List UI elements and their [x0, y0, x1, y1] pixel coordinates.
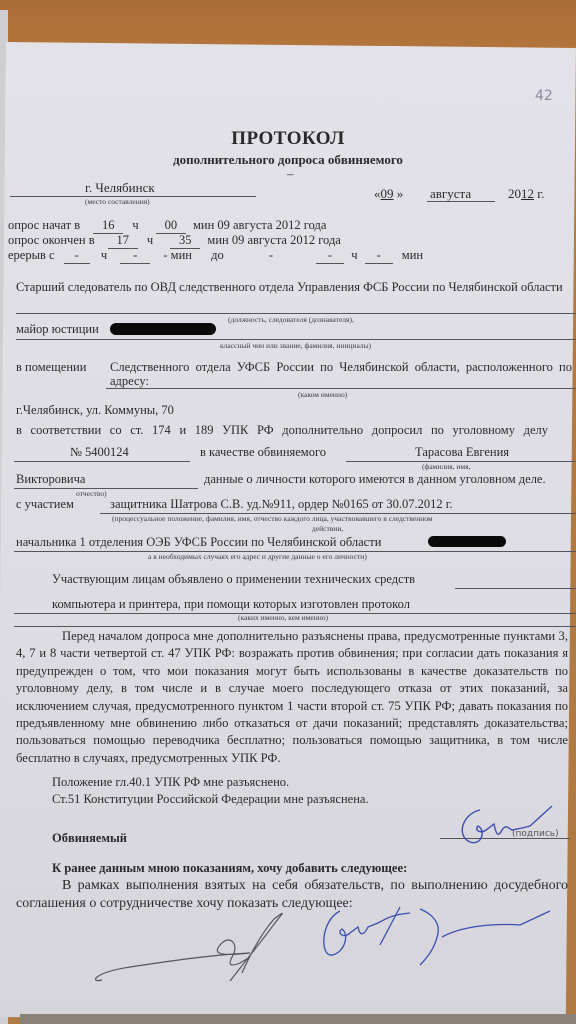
- accused-signature-icon: [452, 800, 562, 850]
- accused-patronymic: Викторовича: [16, 472, 85, 487]
- time-start-row: опрос начат в 16 ч 00 мин 09 августа 201…: [8, 218, 326, 234]
- personal-data-note: данные о личности которого имеются в дан…: [204, 472, 546, 487]
- investigator-position: Старший следователь по ОВД следственного…: [16, 280, 568, 295]
- case-number-underline: [14, 461, 190, 462]
- technical-means-line1: Участвующим лицам объявлено о применении…: [52, 572, 415, 587]
- legal-basis-line: в соответствии со ст. 174 и 189 УПК РФ д…: [16, 423, 548, 438]
- constitution-note: Ст.51 Конституции Российской Федерации м…: [52, 792, 369, 807]
- date-day-field: «09 »: [374, 186, 403, 202]
- participation-caption: (процессуальное положение, фамилия, имя,…: [112, 514, 433, 523]
- technical-caption: (каких именно, кем именно): [238, 613, 328, 622]
- underlying-surface-edge: [20, 1014, 576, 1024]
- rank-underline: [16, 339, 576, 340]
- officer-caption: а в необходимых случаях его адрес и друг…: [148, 552, 367, 561]
- premises-label: в помещении: [16, 360, 86, 375]
- date-year: 2012 г.: [508, 186, 544, 202]
- place-caption: (место составления): [85, 197, 150, 206]
- position-caption: (должность, следователя (дознавателя),: [228, 315, 354, 324]
- defender-signature-icon: [90, 905, 290, 990]
- date-month: августа: [430, 186, 471, 202]
- technical-means-line2: компьютера и принтера, при помощи которы…: [52, 597, 410, 612]
- title-dash: –: [287, 166, 294, 182]
- investigator-rank: майор юстиции: [16, 322, 99, 337]
- time-end-row: опрос окончен в 17 ч 35 мин 09 августа 2…: [8, 233, 341, 249]
- accused-label: Обвиняемый: [52, 831, 127, 846]
- case-number: № 5400124: [70, 445, 129, 460]
- redacted-officer-name: [428, 536, 506, 547]
- section-divider: [14, 626, 576, 627]
- patronymic-caption: отчество): [76, 489, 107, 498]
- participant-officer: начальника 1 отделения ОЭБ УФСБ России п…: [16, 535, 381, 550]
- rights-paragraph: Перед началом допроса мне дополнительно …: [16, 628, 568, 767]
- place-value: г. Челябинск: [85, 180, 155, 196]
- addition-heading: К ранее данным мною показаниям, хочу доб…: [52, 861, 407, 876]
- redacted-investigator-name: [110, 323, 216, 335]
- break-row: ерерыв с - ч - - мин до - - ч - мин: [8, 248, 423, 264]
- chapter-note: Положение гл.40.1 УПК РФ мне разъяснено.: [52, 775, 289, 790]
- technical-underline1: [455, 588, 576, 589]
- participation-label: с участием: [16, 497, 74, 512]
- premises-address: г.Челябинск, ул. Коммуны, 70: [16, 403, 174, 418]
- premises-caption: (каком именно): [298, 390, 347, 399]
- participant-defender: защитника Шатрова С.В. уд.№911, ордер №0…: [110, 497, 453, 512]
- premises-value: Следственного отдела УФСБ России по Челя…: [110, 360, 572, 388]
- accused-name: Тарасова Евгения: [415, 445, 509, 460]
- as-accused-label: в качестве обвиняемого: [200, 445, 326, 460]
- month-underline: [427, 201, 495, 202]
- document-title: ПРОТОКОЛ: [0, 128, 576, 150]
- rank-caption: классный чин или звание, фамилия, инициа…: [220, 341, 371, 350]
- participation-caption-b: действии,: [312, 524, 343, 533]
- accused-name-caption: (фамилия, имя,: [422, 462, 471, 471]
- page-number-handwritten: 42: [535, 88, 553, 104]
- position-underline: [16, 313, 576, 314]
- premises-underline: [106, 388, 576, 389]
- accused-final-signature-icon: [320, 905, 576, 985]
